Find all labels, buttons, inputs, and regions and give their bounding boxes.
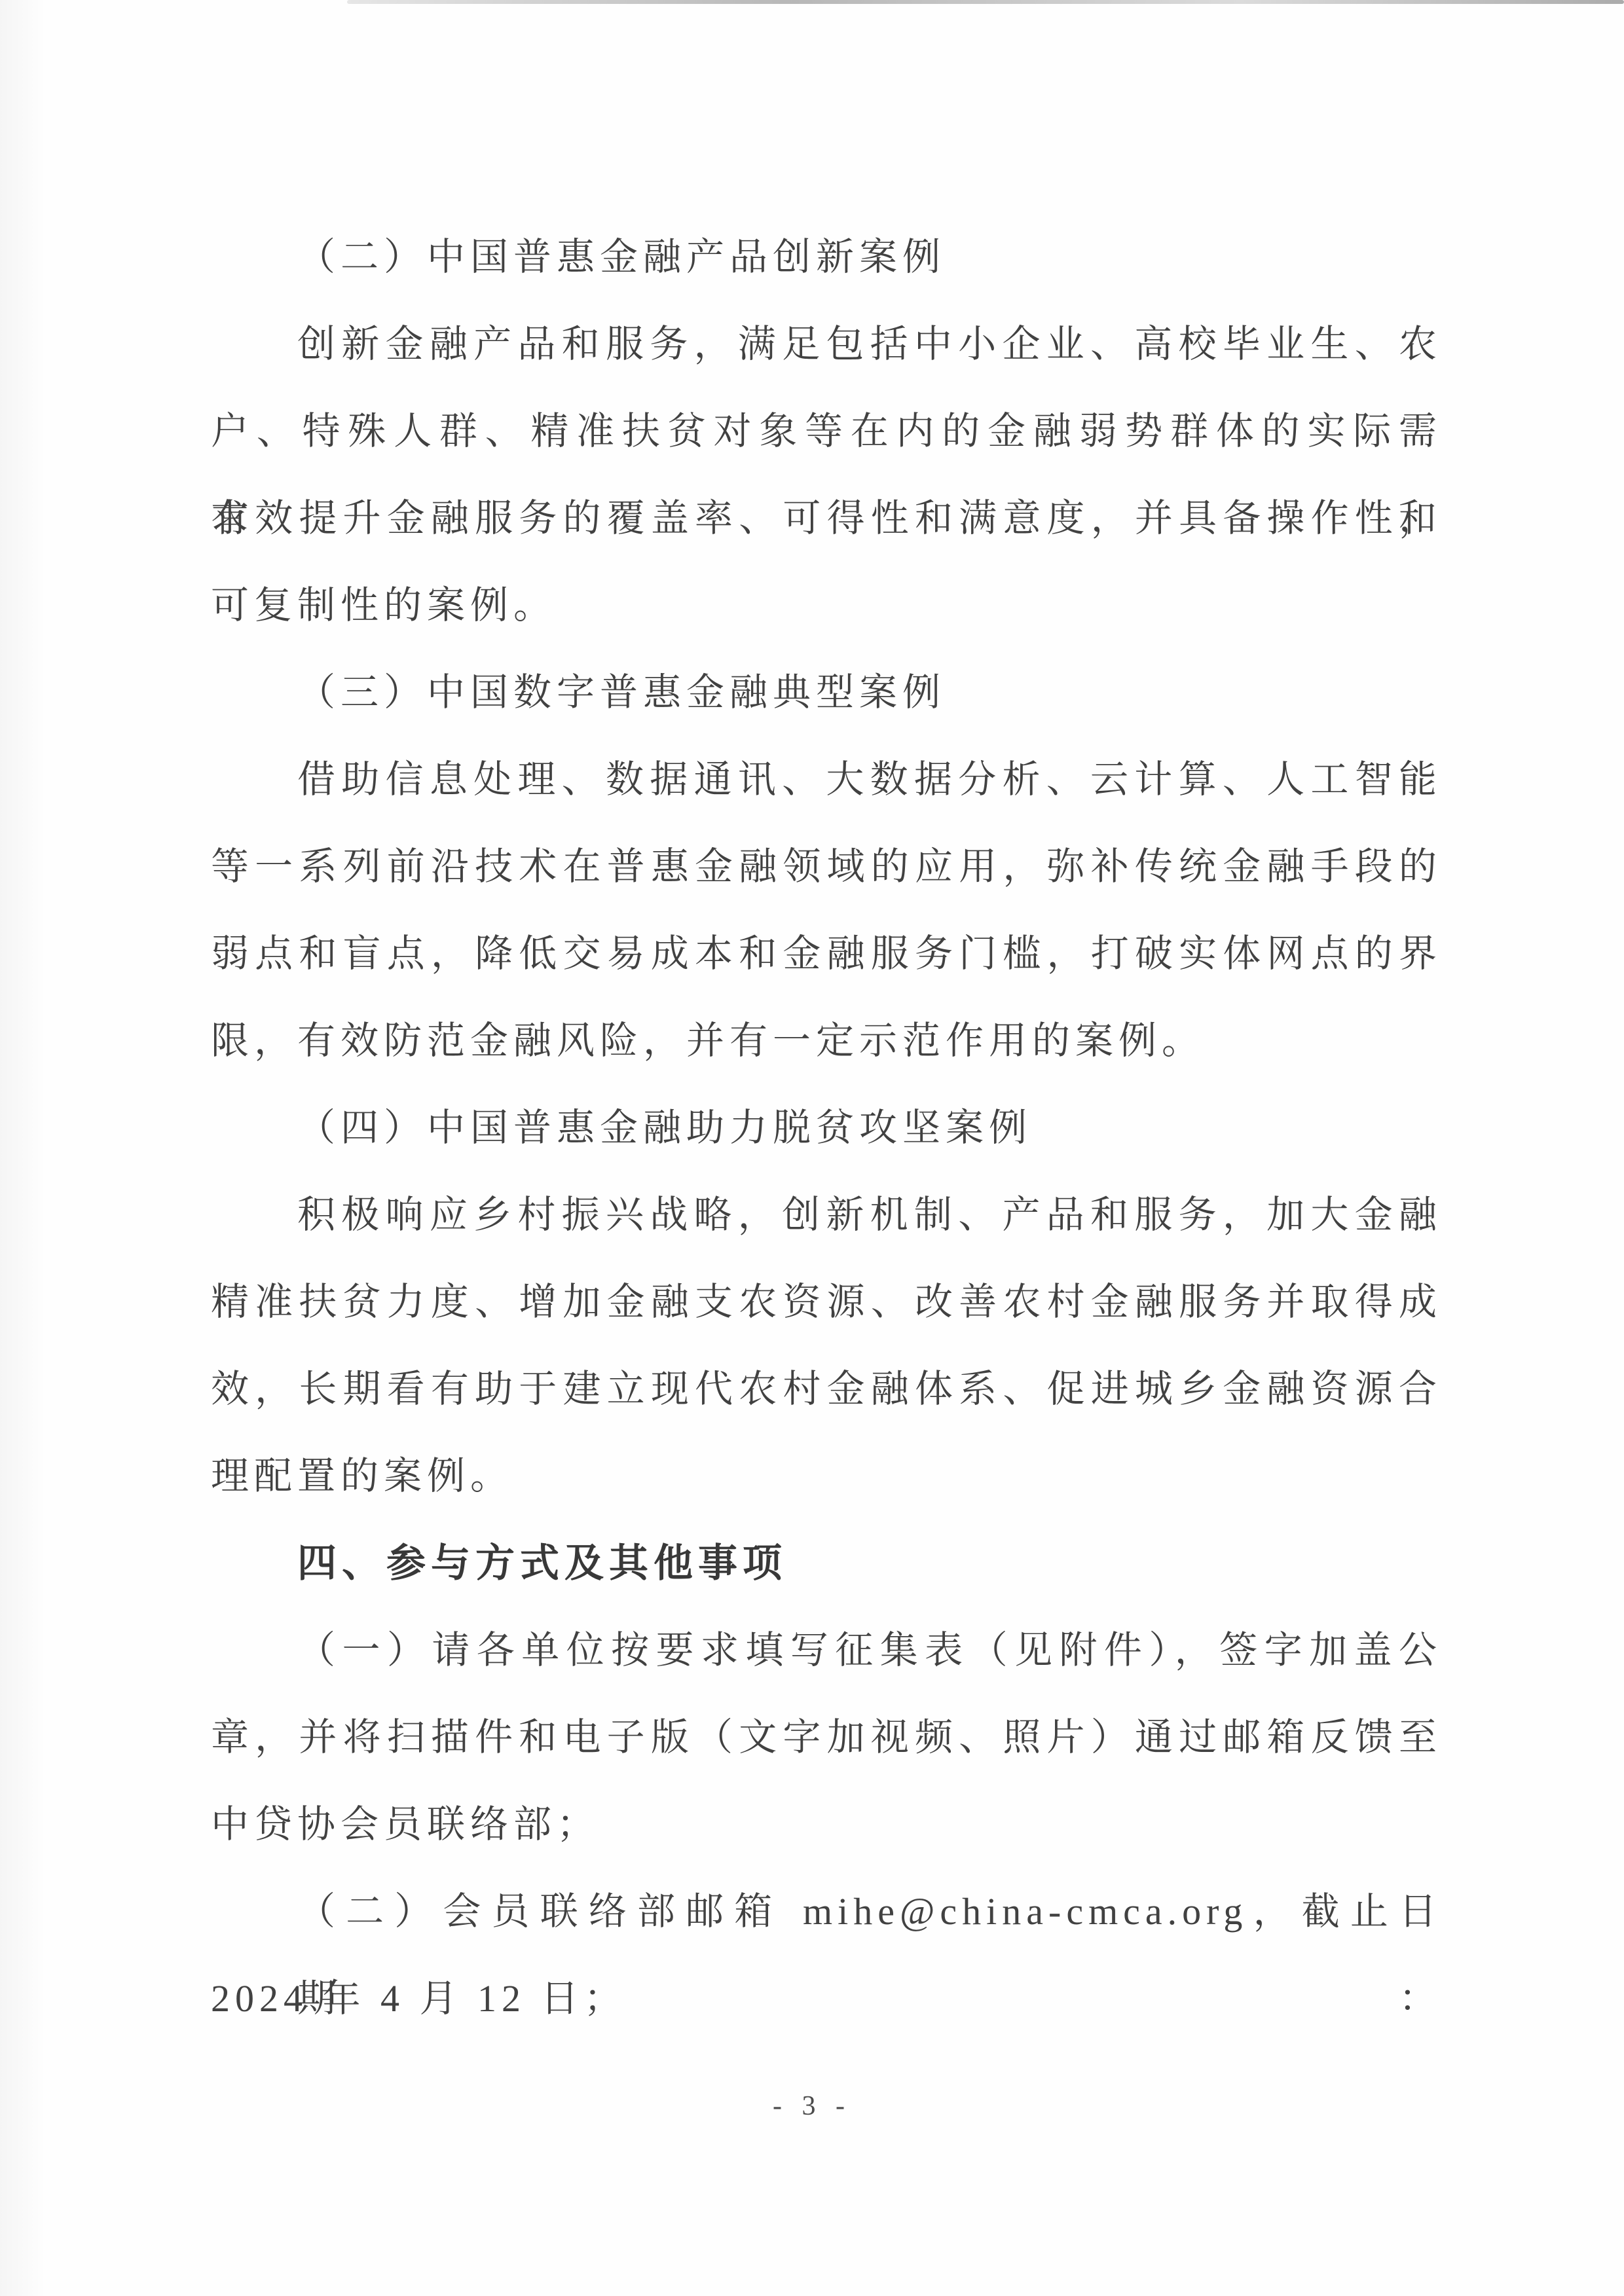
text-line: 户、特殊人群、精准扶贫对象等在内的金融弱势群体的实际需求， [211, 388, 1442, 475]
text-line: 有效提升金融服务的覆盖率、可得性和满意度，并具备操作性和 [211, 475, 1442, 562]
text-line: 积极响应乡村振兴战略，创新机制、产品和服务，加大金融 [211, 1171, 1442, 1258]
text-line: 等一系列前沿技术在普惠金融领域的应用，弥补传统金融手段的 [211, 823, 1442, 910]
text-line: 创新金融产品和服务，满足包括中小企业、高校毕业生、农 [211, 301, 1442, 388]
text-line: 章，并将扫描件和电子版（文字加视频、照片）通过邮箱反馈至 [211, 1694, 1442, 1781]
text-line: 借助信息处理、数据通讯、大数据分析、云计算、人工智能 [211, 736, 1442, 823]
text-line: 可复制性的案例。 [211, 562, 1442, 649]
text-line: 效，长期看有助于建立现代农村金融体系、促进城乡金融资源合 [211, 1345, 1442, 1432]
text-line: 理配置的案例。 [211, 1432, 1442, 1520]
section-heading: 四、参与方式及其他事项 [211, 1520, 1442, 1607]
text-line: 弱点和盲点，降低交易成本和金融服务门槛，打破实体网点的界 [211, 910, 1442, 997]
text-line: 精准扶贫力度、增加金融支农资源、改善农村金融服务并取得成 [211, 1258, 1442, 1345]
document-page: （二）中国普惠金融产品创新案例创新金融产品和服务，满足包括中小企业、高校毕业生、… [0, 0, 1624, 2296]
text-line: 限，有效防范金融风险，并有一定示范作用的案例。 [211, 997, 1442, 1084]
text-line: （二）中国普惠金融产品创新案例 [211, 213, 1442, 301]
text-line: 中贷协会员联络部； [211, 1781, 1442, 1868]
scan-shadow [0, 0, 46, 2296]
page-number: - 3 - [0, 2083, 1624, 2129]
document-body: （二）中国普惠金融产品创新案例创新金融产品和服务，满足包括中小企业、高校毕业生、… [211, 213, 1442, 2042]
text-line: （一）请各单位按要求填写征集表（见附件），签字加盖公 [211, 1607, 1442, 1694]
text-line: （三）中国数字普惠金融典型案例 [211, 649, 1442, 736]
text-line: （二）会员联络部邮箱 mihe@china-cmca.org，截止日期： [211, 1868, 1442, 1955]
text-line: （四）中国普惠金融助力脱贫攻坚案例 [211, 1084, 1442, 1171]
scan-edge-artifact [347, 0, 1624, 4]
